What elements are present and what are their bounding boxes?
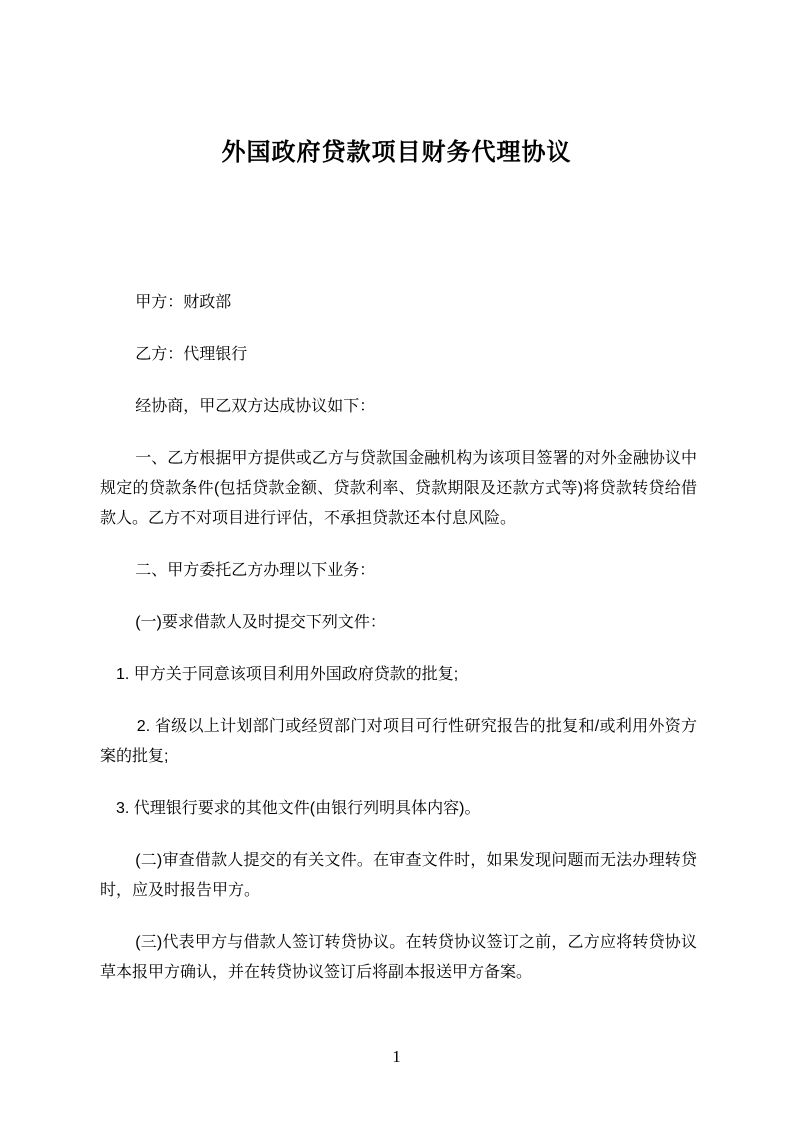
paragraph-party-b: 乙方：代理银行 [100,340,697,370]
paragraph-preamble: 经协商，甲乙双方达成协议如下： [100,392,697,422]
paragraph-doc-list-3: 3. 代理银行要求的其他文件(由银行列明具体内容)。 [100,794,697,824]
paragraph-clause-1: 一、乙方根据甲方提供或乙方与贷款国金融机构为该项目签署的对外金融协议中规定的贷款… [100,444,697,534]
document-page: 外国政府贷款项目财务代理协议 甲方：财政部 乙方：代理银行 经协商，甲乙双方达成… [0,0,793,1122]
paragraph-doc-list-1: 1. 甲方关于同意该项目利用外国政府贷款的批复; [100,660,697,690]
paragraph-clause-2-item-1: (一)要求借款人及时提交下列文件： [100,608,697,638]
document-body: 甲方：财政部 乙方：代理银行 经协商，甲乙双方达成协议如下： 一、乙方根据甲方提… [100,288,697,988]
paragraph-clause-2-item-3: (三)代表甲方与借款人签订转贷协议。在转贷协议签订之前，乙方应将转贷协议草本报甲… [100,928,697,988]
paragraph-clause-2: 二、甲方委托乙方办理以下业务： [100,556,697,586]
page-number: 1 [0,1046,793,1068]
document-title: 外国政府贷款项目财务代理协议 [0,0,793,170]
paragraph-doc-list-2: 2. 省级以上计划部门或经贸部门对项目可行性研究报告的批复和/或利用外资方案的批… [100,712,697,772]
paragraph-clause-2-item-2: (二)审查借款人提交的有关文件。在审查文件时，如果发现问题而无法办理转贷时，应及… [100,846,697,906]
paragraph-party-a: 甲方：财政部 [100,288,697,318]
